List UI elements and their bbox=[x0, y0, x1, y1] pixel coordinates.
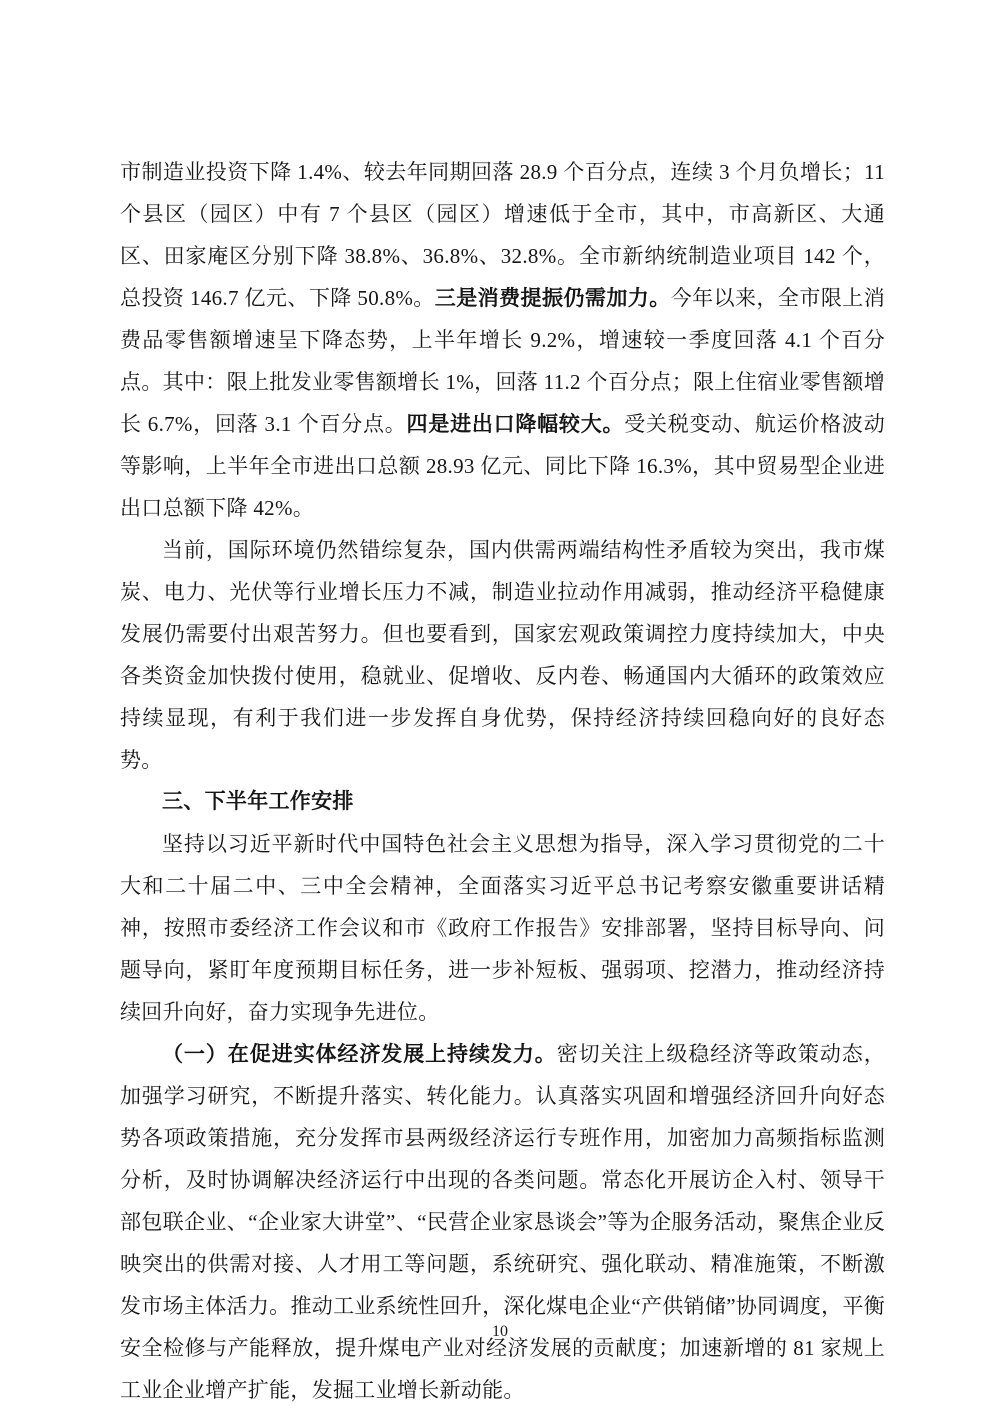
paragraph: （一）在促进实体经济发展上持续发力。密切关注上级稳经济等政策动态，加强学习研究，… bbox=[120, 1033, 885, 1411]
bold-text-run: 三、下半年工作安排 bbox=[162, 790, 354, 813]
paragraph: 坚持以习近平新时代中国特色社会主义思想为指导，深入学习贯彻党的二十大和二十届二中… bbox=[120, 823, 885, 1033]
section-heading: 三、下半年工作安排 bbox=[120, 781, 885, 823]
paragraph: 当前，国际环境仍然错综复杂，国内供需两端结构性矛盾较为突出，我市煤炭、电力、光伏… bbox=[120, 529, 885, 781]
text-run: 坚持以习近平新时代中国特色社会主义思想为指导，深入学习贯彻党的二十大和二十届二中… bbox=[120, 832, 885, 1024]
document-page: 市制造业投资下降 1.4%、较去年同期回落 28.9 个百分点，连续 3 个月负… bbox=[0, 0, 1000, 1415]
document-body: 市制造业投资下降 1.4%、较去年同期回落 28.9 个百分点，连续 3 个月负… bbox=[120, 151, 885, 1411]
bold-text-run: （一）在促进实体经济发展上持续发力。 bbox=[162, 1042, 557, 1066]
bold-text-run: 四是进出口降幅较大。 bbox=[407, 412, 625, 436]
bold-text-run: 三是消费提振仍需加力。 bbox=[435, 286, 671, 310]
text-run: 当前，国际环境仍然错综复杂，国内供需两端结构性矛盾较为突出，我市煤炭、电力、光伏… bbox=[120, 538, 885, 772]
page-number: 10 bbox=[0, 1323, 1000, 1341]
paragraph: 市制造业投资下降 1.4%、较去年同期回落 28.9 个百分点，连续 3 个月负… bbox=[120, 151, 885, 529]
text-run: 密切关注上级稳经济等政策动态，加强学习研究，不断提升落实、转化能力。认真落实巩固… bbox=[120, 1042, 885, 1402]
